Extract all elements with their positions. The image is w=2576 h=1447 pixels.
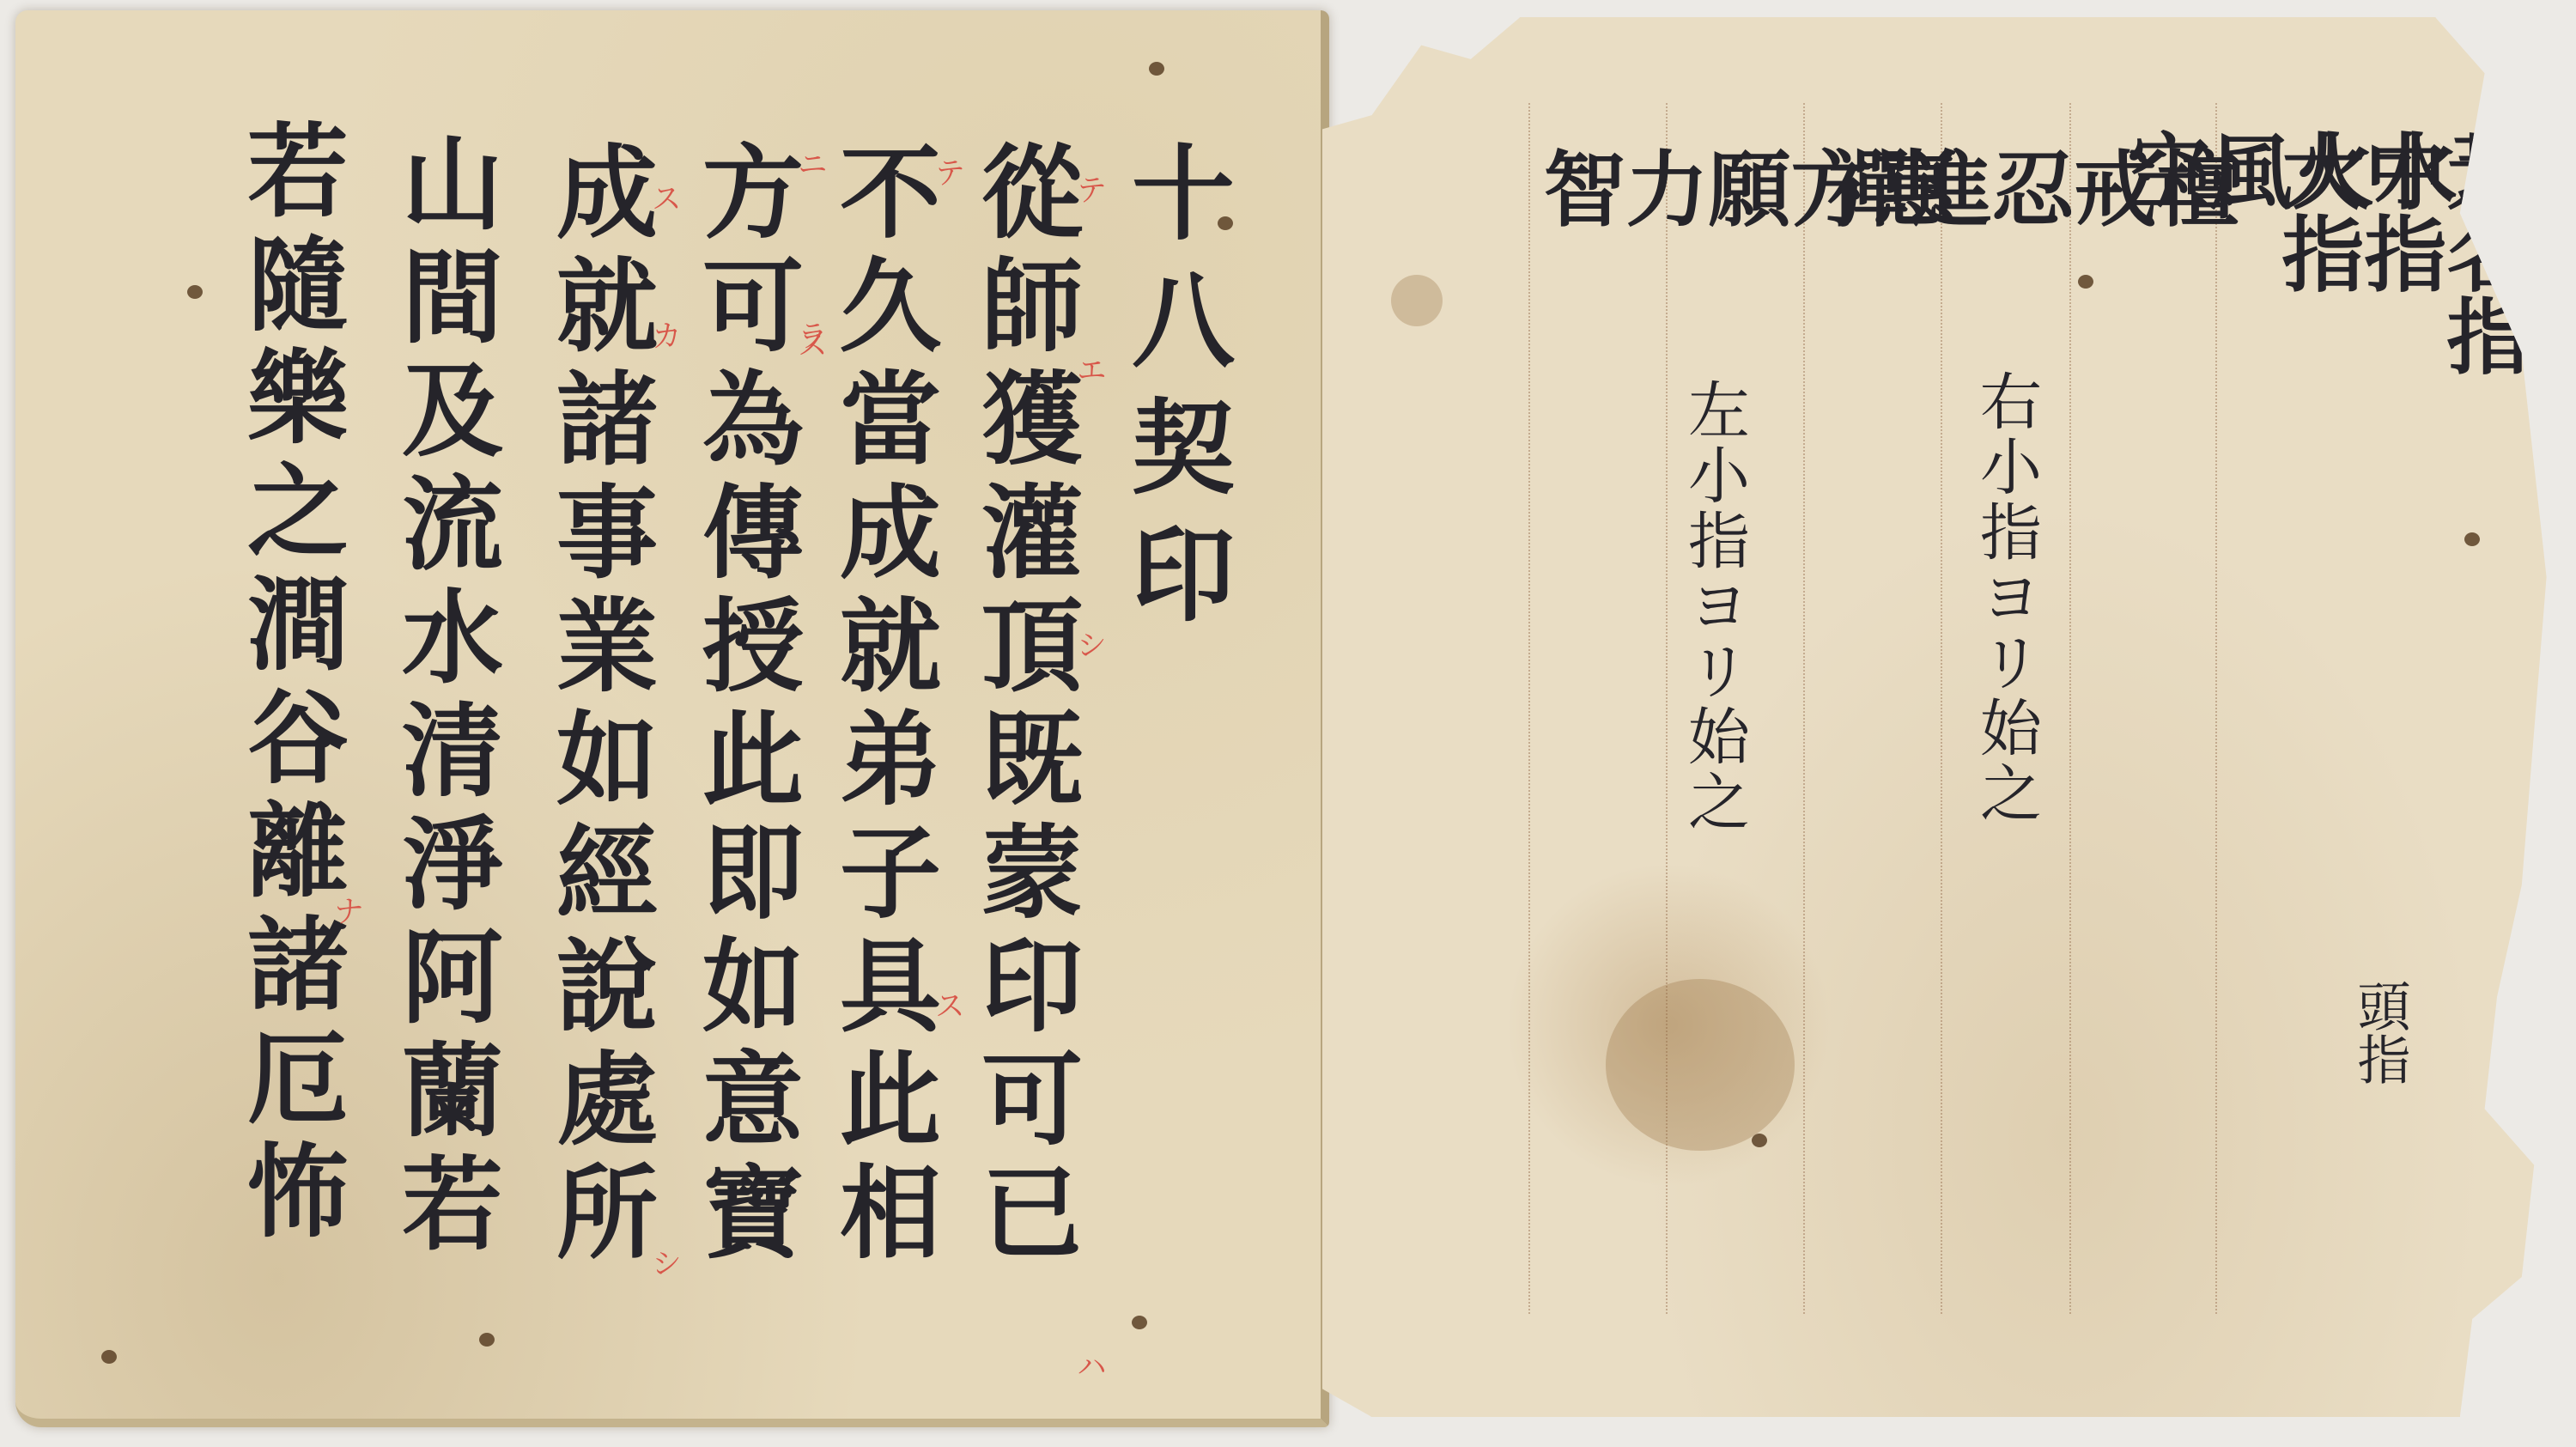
red-kana-annotation: シ bbox=[642, 1247, 686, 1278]
text-column-1: 從師獲灌頂既蒙印可已 bbox=[973, 139, 1074, 1273]
perfection-sila: 戒 bbox=[2068, 146, 2150, 1202]
wormhole bbox=[101, 1350, 117, 1364]
red-kana-annotation: ハ bbox=[1067, 1350, 1111, 1381]
perfection-dana: 檀 bbox=[2150, 146, 2233, 1202]
perfection-upaya: 方 bbox=[1784, 146, 1867, 1211]
water-stain bbox=[1606, 979, 1795, 1151]
text-column-6: 若隨樂之澗谷離諸厄怖 bbox=[239, 118, 340, 1251]
red-kana-annotation: ナ bbox=[325, 895, 368, 926]
text-column-2: 不久當成就弟子具此相 bbox=[831, 139, 933, 1273]
wormhole bbox=[187, 285, 203, 299]
ruled-line bbox=[1528, 103, 1530, 1314]
red-kana-annotation: エ bbox=[1067, 354, 1111, 385]
wormhole bbox=[479, 1333, 495, 1347]
element-water: 水 bbox=[2368, 129, 2451, 1288]
wormhole bbox=[1218, 216, 1233, 230]
element-fire: 火 bbox=[2286, 129, 2368, 1288]
red-kana-annotation: ス bbox=[788, 328, 832, 359]
text-column-3: 方可為傳授此即如意寶 bbox=[694, 139, 795, 1273]
red-kana-annotation: カ bbox=[642, 319, 686, 350]
right-page: 小指 无名指 中指 大指 頭指 地 水 火 風 空 右小指ヨリ始之 檀 戒 忍 … bbox=[1322, 17, 2559, 1417]
water-stain bbox=[1391, 275, 1443, 326]
section-title: 十八契印 bbox=[1123, 139, 1226, 648]
wormhole bbox=[1149, 62, 1164, 76]
element-earth: 地 bbox=[2451, 129, 2533, 1288]
wormhole bbox=[2078, 275, 2093, 289]
red-kana-annotation: ニ bbox=[788, 148, 832, 179]
perfection-ksanti: 忍 bbox=[1985, 146, 2068, 1202]
wormhole bbox=[1132, 1316, 1147, 1329]
perfection-prajna: 惠 bbox=[1867, 146, 1949, 1211]
red-kana-annotation: シ bbox=[1067, 629, 1111, 660]
red-kana-annotation: テ bbox=[926, 156, 969, 187]
wormhole bbox=[2464, 532, 2480, 546]
red-kana-annotation: ス bbox=[642, 182, 686, 213]
text-column-5: 山間及流水清淨阿蘭若 bbox=[393, 131, 495, 1264]
left-page: 十八契印 從師獲灌頂既蒙印可已 不久當成就弟子具此相 方可為傳授此即如意寶 成就… bbox=[15, 10, 1329, 1427]
red-kana-annotation: テ bbox=[1067, 173, 1111, 204]
text-column-4: 成就諸事業如經說處所 bbox=[548, 139, 649, 1273]
red-kana-annotation: ス bbox=[926, 989, 969, 1020]
wormhole bbox=[1752, 1134, 1767, 1147]
